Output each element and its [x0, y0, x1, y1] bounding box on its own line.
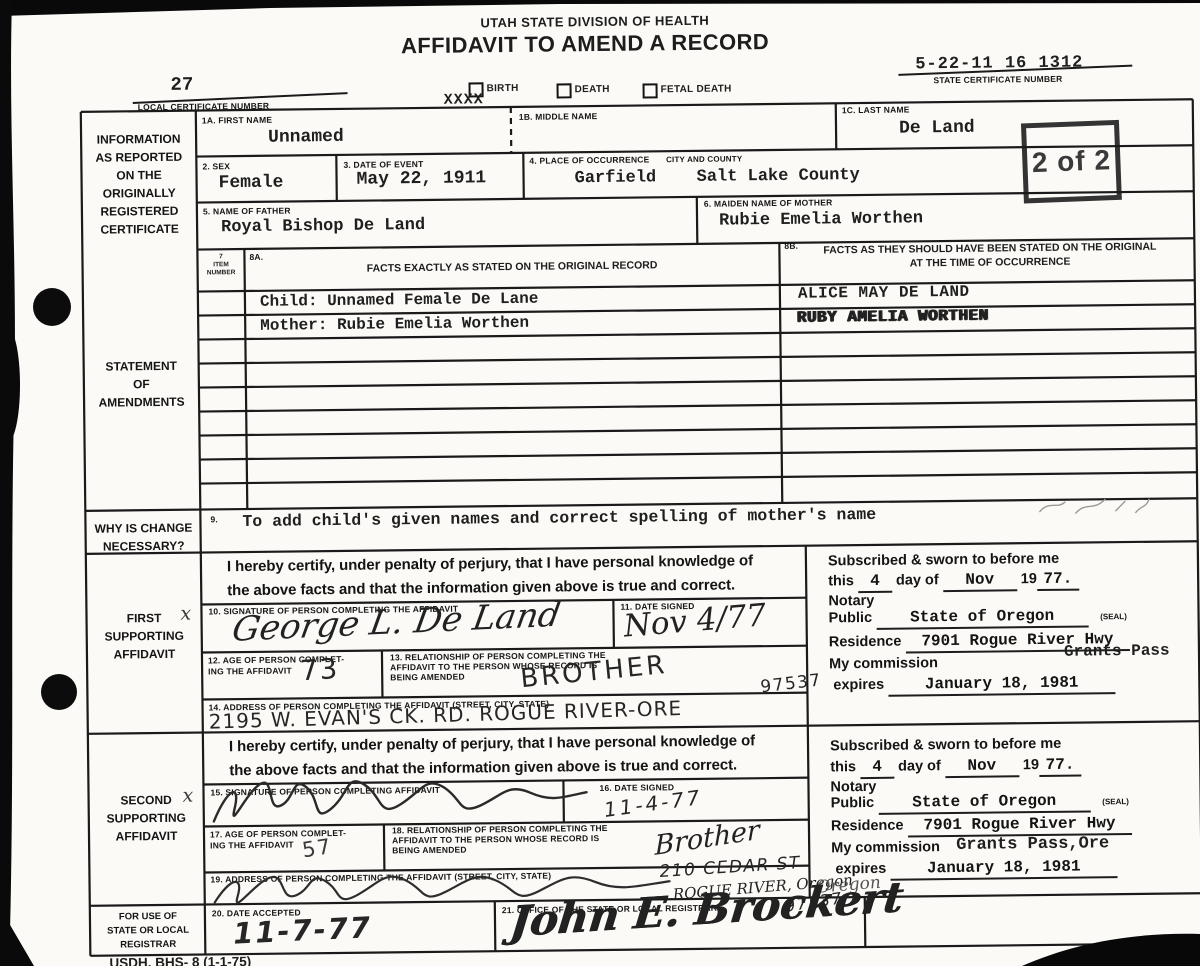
- notary-1-expires-line: expires January 18, 1981: [833, 673, 1115, 697]
- amendment-row-original: Child: Unnamed Female De Lane: [260, 290, 539, 311]
- notary-2-public-line: Public State of Oregon (SEAL): [831, 791, 1129, 815]
- notary-1-public-value: State of Oregon: [876, 606, 1088, 629]
- notary-1-sworn: Subscribed & sworn to before me: [828, 551, 1059, 570]
- agency-name: UTAH STATE DIVISION OF HEALTH: [395, 12, 795, 32]
- relationship-2-value: Brother: [654, 815, 759, 862]
- age-1-value: 73: [299, 652, 340, 687]
- signature-1-value: George L. De Land: [229, 595, 563, 650]
- section-label-why: WHY IS CHANGE NECESSARY?: [88, 519, 198, 556]
- notary-2-public-value: State of Oregon: [878, 791, 1090, 814]
- notary-1-residence-city: Grants Pass: [1064, 642, 1170, 661]
- father-name-label: 5. NAME OF FATHER: [203, 205, 291, 216]
- death-checkbox[interactable]: [556, 83, 571, 98]
- page-stamp: 2 of 2: [1021, 120, 1122, 204]
- amendment-row-original: Mother: Rubie Emelia Worthen: [260, 314, 529, 335]
- fetal-death-checkbox-label: FETAL DEATH: [661, 83, 732, 95]
- fetal-death-checkbox[interactable]: [643, 83, 658, 98]
- section-label-original-info: INFORMATION AS REPORTED ON THE ORIGINALL…: [86, 130, 192, 239]
- address-2-label: 19. ADDRESS OF PERSON COMPLETING THE AFF…: [210, 871, 551, 885]
- notary-1-month: Nov: [943, 570, 1017, 592]
- notary-2-commission: My commission: [831, 839, 940, 856]
- date-accepted-value: 11-7-77: [232, 910, 372, 950]
- first-name-label: 1A. FIRST NAME: [202, 115, 272, 126]
- signature-2-label: 15. SIGNATURE OF PERSON COMPLETING AFFID…: [210, 785, 440, 798]
- date-of-event-value: May 22, 1911: [356, 168, 486, 189]
- notary-1-public-line: Public State of Oregon (SEAL): [828, 606, 1126, 630]
- notary-2-month: Nov: [945, 756, 1019, 778]
- col-b-title-line2: AT THE TIME OF OCCURRENCE: [788, 254, 1193, 271]
- notary-2-day: 4: [860, 758, 894, 779]
- notary-1-seal: (SEAL): [1100, 612, 1127, 621]
- certify-statement-2: I hereby certify, under penalty of perju…: [229, 729, 815, 784]
- place-county-value: Salt Lake County: [696, 166, 859, 187]
- reason-value: To add child's given names and correct s…: [242, 505, 876, 531]
- place-sublabel: CITY AND COUNTY: [666, 154, 742, 164]
- section-label-registrar-use: FOR USE OF STATE OR LOCAL REGISTRAR: [93, 910, 203, 953]
- relationship-2-label-line3: BEING AMENDED: [392, 845, 467, 856]
- relationship-1-label-line3: BEING AMENDED: [390, 672, 465, 683]
- notary-1-day: 4: [858, 572, 892, 593]
- age-2-value: 57: [301, 834, 334, 862]
- sex-value: Female: [218, 173, 283, 194]
- form-number-footer: USDH, BHS- 8 (1-1-75): [109, 954, 251, 966]
- notary-2-expires-value: January 18, 1981: [890, 857, 1117, 881]
- notary-2-date-line: this 4 day of Nov 1977.: [830, 756, 1081, 780]
- amendment-row-corrected: ALICE MAY DE LAND: [798, 283, 970, 303]
- sex-label: 2. SEX: [202, 161, 230, 171]
- col-a-number: 8A.: [249, 252, 263, 262]
- place-of-occurrence-label: 4. PLACE OF OCCURRENCE CITY AND COUNTY: [529, 153, 742, 165]
- col-a-title: FACTS EXACTLY AS STATED ON THE ORIGINAL …: [245, 258, 780, 276]
- item-number-header: 7 ITEM NUMBER: [197, 253, 244, 277]
- notary-2-notary: Notary: [830, 779, 876, 796]
- faint-scribble: [1035, 489, 1155, 520]
- mother-maiden-name-label: 6. MAIDEN NAME OF MOTHER: [704, 197, 833, 208]
- notary-1-year: 77.: [1037, 570, 1079, 591]
- father-name-value: Royal Bishop De Land: [221, 216, 425, 237]
- death-checkbox-label: DEATH: [575, 84, 610, 95]
- x-mark-1: x: [180, 603, 191, 625]
- reason-number: 9.: [210, 514, 218, 524]
- notary-1-expires-value: January 18, 1981: [888, 673, 1115, 697]
- certify-statement-1: I hereby certify, under penalty of perju…: [227, 549, 813, 604]
- notary-2-year: 77.: [1039, 756, 1081, 777]
- notary-1-commission: My commission: [829, 655, 938, 672]
- local-certificate-number-label: LOCAL CERTIFICATE NUMBER: [138, 101, 270, 112]
- local-certificate-number-value: 27: [170, 74, 193, 96]
- middle-name-label: 1B. MIDDLE NAME: [519, 111, 598, 122]
- form-title: AFFIDAVIT TO AMEND A RECORD: [335, 28, 835, 60]
- age-1-label-line2: ING THE AFFIDAVIT: [208, 666, 292, 677]
- notary-2-seal: (SEAL): [1102, 797, 1129, 806]
- last-name-label: 1C. LAST NAME: [842, 104, 910, 115]
- notary-2-residence-city: Grants Pass,Ore: [956, 834, 1109, 855]
- notary-1-notary: Notary: [828, 593, 874, 610]
- affidavit-form: UTAH STATE DIVISION OF HEALTH AFFIDAVIT …: [0, 0, 1200, 966]
- mother-maiden-name-value: Rubie Emelia Worthen: [719, 209, 923, 230]
- x-mark-2: x: [182, 785, 193, 807]
- notary-2-sworn: Subscribed & sworn to before me: [830, 736, 1061, 755]
- birth-checkbox-label: BIRTH: [486, 83, 518, 94]
- last-name-value: De Land: [899, 118, 975, 139]
- notary-1-date-line: this 4 day of Nov 1977.: [828, 570, 1079, 594]
- section-label-statement: STATEMENT OF AMENDMENTS: [89, 357, 195, 412]
- first-name-value: Unnamed: [268, 127, 344, 148]
- birth-typed-mark: XXXX: [444, 91, 484, 108]
- relationship-2-label-line2: AFFIDAVIT TO THE PERSON WHOSE RECORD IS: [392, 833, 599, 845]
- address-1-zip: 97537: [759, 670, 822, 697]
- place-city-value: Garfield: [574, 168, 656, 188]
- amendment-row-corrected: RUBY AMELIA WORTHEN: [796, 307, 988, 327]
- state-certificate-number-label: STATE CERTIFICATE NUMBER: [933, 74, 1062, 85]
- age-2-label-line2: ING THE AFFIDAVIT: [210, 839, 294, 850]
- scanned-affidavit-document: UTAH STATE DIVISION OF HEALTH AFFIDAVIT …: [0, 0, 1200, 966]
